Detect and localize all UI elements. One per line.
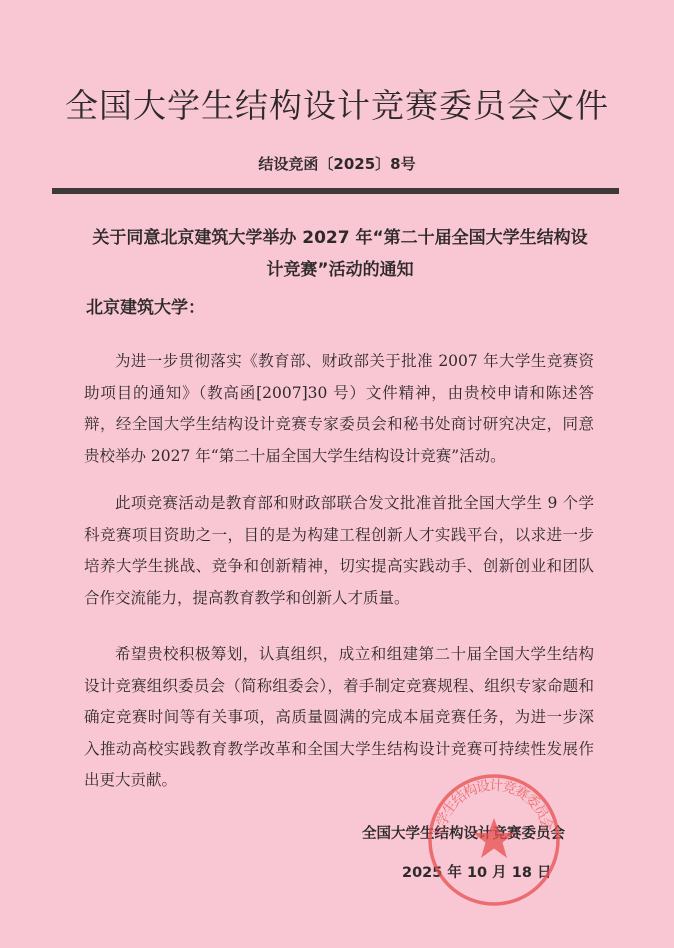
document-header-title: 全国大学生结构设计竞赛委员会文件 bbox=[0, 80, 674, 127]
paragraph-text: 为进一步贯彻落实《教育部、财政部关于批准 2007 年大学生竞赛资助项目的通知》… bbox=[84, 346, 594, 472]
header-divider bbox=[52, 188, 619, 194]
body-paragraph-3: 希望贵校积极筹划，认真组织，成立和组建第二十届全国大学生结构设计竞赛组织委员会（… bbox=[84, 639, 594, 797]
document-page: 全国大学生结构设计竞赛委员会文件 结设竞函〔2025〕8号 关于同意北京建筑大学… bbox=[0, 0, 674, 948]
signature-organization: 全国大学生结构设计竞赛委员会 bbox=[362, 822, 565, 843]
addressee: 北京建筑大学： bbox=[86, 293, 205, 318]
paragraph-text: 希望贵校积极筹划，认真组织，成立和组建第二十届全国大学生结构设计竞赛组织委员会（… bbox=[84, 639, 594, 797]
notice-title: 关于同意北京建筑大学举办 2027 年“第二十届全国大学生结构设 计竞赛”活动的… bbox=[60, 222, 620, 286]
notice-title-line-1: 关于同意北京建筑大学举办 2027 年“第二十届全国大学生结构设 bbox=[60, 222, 620, 254]
signature-date: 2025 年 10 月 18 日 bbox=[402, 861, 551, 882]
body-paragraph-1: 为进一步贯彻落实《教育部、财政部关于批准 2007 年大学生竞赛资助项目的通知》… bbox=[84, 346, 594, 472]
notice-title-line-2: 计竞赛”活动的通知 bbox=[60, 254, 620, 286]
document-number: 结设竞函〔2025〕8号 bbox=[0, 153, 674, 174]
body-paragraph-2: 此项竞赛活动是教育部和财政部联合发文批准首批全国大学生 9 个学科竞赛项目资助之… bbox=[84, 488, 594, 614]
paragraph-text: 此项竞赛活动是教育部和财政部联合发文批准首批全国大学生 9 个学科竞赛项目资助之… bbox=[84, 488, 594, 614]
